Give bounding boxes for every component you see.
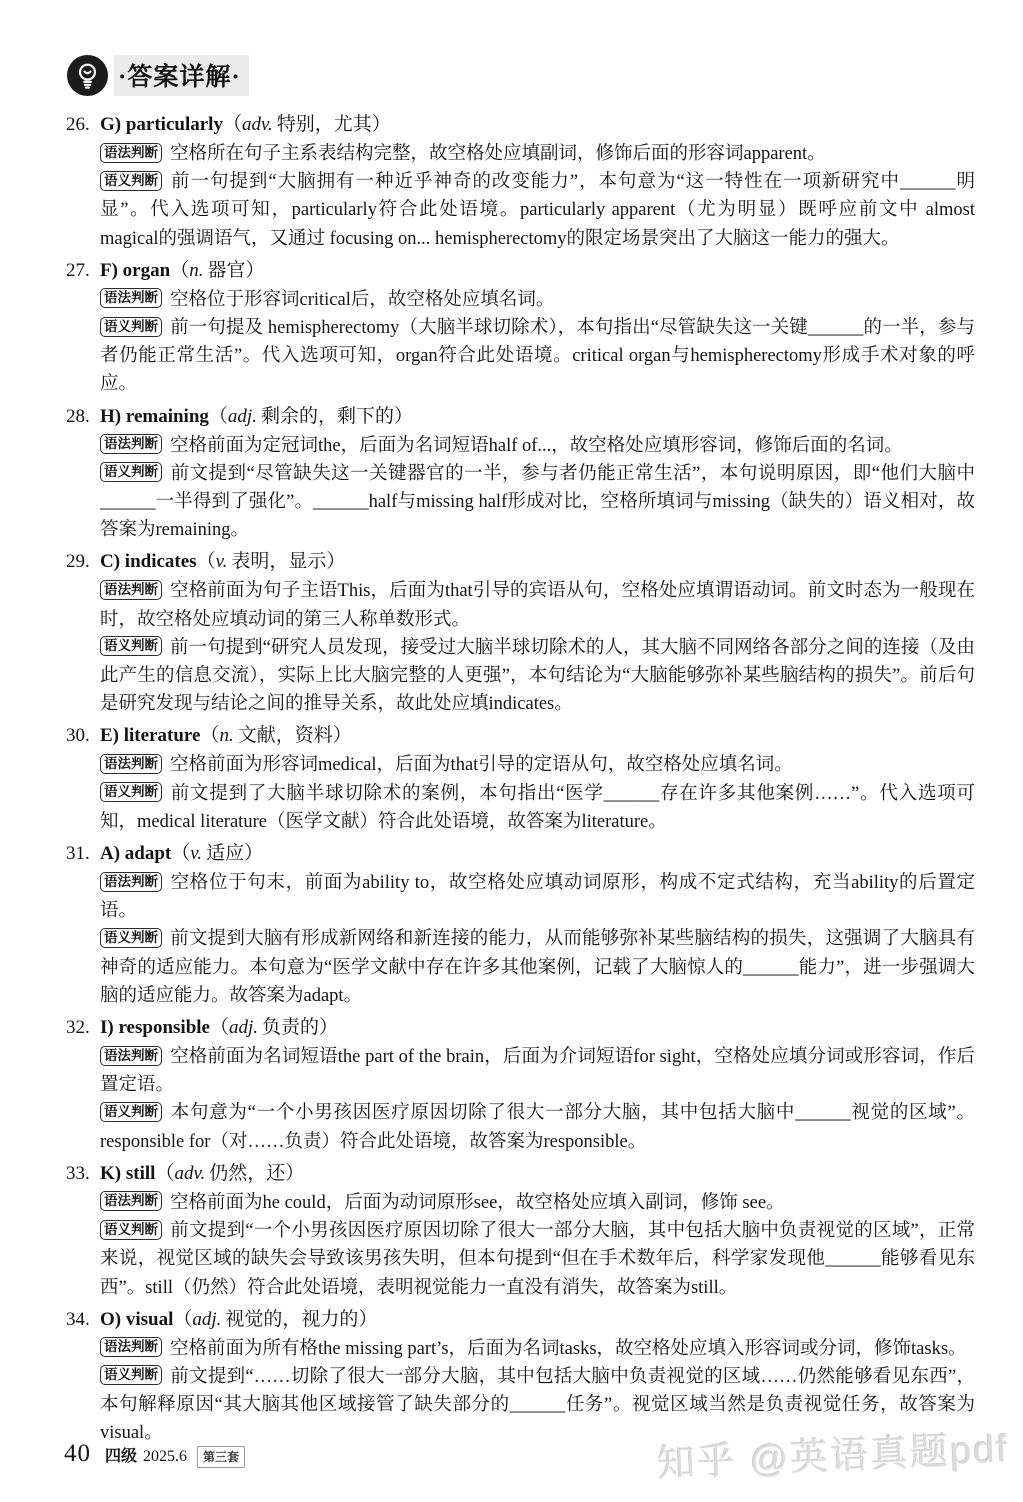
section-text: 前文提到大脑有形成新网络和新连接的能力，从而能够弥补某些脑结构的损失，这强调了大… — [100, 929, 975, 1005]
item-answer: O) visual — [100, 1309, 173, 1330]
grammar-tag: 语法判断 — [100, 288, 162, 308]
item-gloss: 文献，资料 — [238, 725, 333, 746]
section-header: ·答案详解· — [66, 54, 975, 97]
answer-item-30: 30.E) literature（n.文献，资料） 语法判断空格前面为形容词me… — [100, 720, 975, 836]
item-meta: （adv.仍然，还） — [155, 1163, 304, 1184]
lightbulb-icon — [66, 54, 109, 97]
item-number: 32. — [66, 1012, 90, 1043]
grammar-tag: 语法判断 — [100, 754, 162, 774]
grammar-section: 语法判断空格位于形容词critical后，故空格处应填名词。 — [100, 286, 975, 314]
grammar-tag: 语法判断 — [100, 580, 162, 600]
item-answer: G) particularly — [100, 114, 223, 135]
page-title: ·答案详解· — [114, 55, 249, 96]
item-heading: 34.O) visual（adj.视觉的，视力的） — [100, 1304, 975, 1335]
exam-level: 四级 — [105, 1443, 137, 1466]
semantic-section: 语义判断本句意为“一个小男孩因医疗原因切除了很大一部分大脑，其中包括大脑中___… — [100, 1099, 975, 1155]
part-of-speech: adv. — [242, 114, 273, 135]
item-answer: E) literature — [100, 725, 200, 746]
item-number: 26. — [66, 109, 90, 140]
item-heading: 32.I) responsible（adj.负责的） — [100, 1012, 975, 1043]
item-heading: 30.E) literature（n.文献，资料） — [100, 720, 975, 751]
exam-date: 2025.6 — [143, 1448, 187, 1466]
item-number: 34. — [66, 1304, 90, 1335]
grammar-tag: 语法判断 — [100, 872, 162, 892]
part-of-speech: n. — [219, 725, 233, 746]
grammar-section: 语法判断空格前面为定冠词the，后面为名词短语half of...，故空格处应填… — [100, 432, 975, 460]
part-of-speech: adj. — [192, 1309, 221, 1330]
semantic-section: 语义判断前文提到了大脑半球切除术的案例，本句指出“医学______存在许多其他案… — [100, 780, 975, 836]
section-text: 空格前面为句子主语This，后面为that引导的宾语从句，空格处应填谓语动词。前… — [100, 581, 975, 629]
grammar-tag: 语法判断 — [100, 1337, 162, 1357]
section-text: 空格前面为定冠词the，后面为名词短语half of...，故空格处应填形容词，… — [170, 436, 903, 456]
page-number: 40 — [64, 1440, 91, 1468]
answer-item-27: 27.F) organ（n.器官） 语法判断空格位于形容词critical后，故… — [100, 255, 975, 399]
item-meta: （adv.特别，尤其） — [223, 114, 391, 135]
item-heading: 33.K) still（adv.仍然，还） — [100, 1158, 975, 1189]
section-text: 前一句提到“研究人员发现，接受过大脑半球切除术的人，其大脑不同网络各部分之间的连… — [100, 638, 975, 714]
part-of-speech: n. — [189, 260, 203, 281]
grammar-section: 语法判断空格前面为名词短语the part of the brain，后面为介词… — [100, 1043, 975, 1099]
semantic-tag: 语义判断 — [100, 462, 162, 482]
section-text: 前文提到了大脑半球切除术的案例，本句指出“医学______存在许多其他案例……”… — [100, 784, 975, 832]
section-text: 前文提到“一个小男孩因医疗原因切除了很大一部分大脑，其中包括大脑中负责视觉的区域… — [100, 1221, 975, 1297]
part-of-speech: adj. — [229, 1017, 258, 1038]
semantic-tag: 语义判断 — [100, 171, 162, 191]
item-heading: 27.F) organ（n.器官） — [100, 255, 975, 286]
section-text: 空格所在句子主系表结构完整，故空格处应填副词，修饰后面的形容词apparent。 — [170, 144, 826, 164]
semantic-tag: 语义判断 — [100, 928, 162, 948]
grammar-tag: 语法判断 — [100, 143, 162, 163]
item-answer: C) indicates — [100, 551, 197, 572]
part-of-speech: v. — [216, 551, 228, 572]
item-number: 28. — [66, 401, 90, 432]
item-gloss: 负责的 — [262, 1017, 319, 1038]
semantic-section: 语义判断前文提到“尽管缺失这一关键器官的一半，参与者仍能正常生活”，本句说明原因… — [100, 460, 975, 545]
grammar-section: 语法判断空格前面为形容词medical，后面为that引导的定语从句，故空格处应… — [100, 751, 975, 779]
section-text: 前一句提及 hemispherectomy（大脑半球切除术），本句指出“尽管缺失… — [100, 318, 975, 394]
grammar-section: 语法判断空格前面为句子主语This，后面为that引导的宾语从句，空格处应填谓语… — [100, 577, 975, 633]
grammar-section: 语法判断空格前面为he could，后面为动词原形see，故空格处应填入副词，修… — [100, 1189, 975, 1217]
item-answer: I) responsible — [100, 1017, 210, 1038]
item-meta: （v.表明，显示） — [197, 551, 346, 572]
semantic-tag: 语义判断 — [100, 1102, 162, 1122]
item-meta: （adj.负责的） — [210, 1017, 338, 1038]
semantic-tag: 语义判断 — [100, 1220, 162, 1240]
item-heading: 28.H) remaining（adj.剩余的，剩下的） — [100, 401, 975, 432]
section-text: 空格前面为所有格the missing part’s，后面为名词tasks，故空… — [170, 1339, 967, 1359]
semantic-section: 语义判断前一句提到“研究人员发现，接受过大脑半球切除术的人，其大脑不同网络各部分… — [100, 634, 975, 719]
item-gloss: 特别，尤其 — [277, 114, 372, 135]
answer-item-26: 26.G) particularly（adv.特别，尤其） 语法判断空格所在句子… — [100, 109, 975, 253]
grammar-tag: 语法判断 — [100, 1191, 162, 1211]
page-footer: 40 四级 2025.6 第三套 — [64, 1440, 245, 1468]
item-gloss: 器官 — [207, 260, 245, 281]
set-badge: 第三套 — [197, 1446, 245, 1468]
grammar-section: 语法判断空格所在句子主系表结构完整，故空格处应填副词，修饰后面的形容词appar… — [100, 140, 975, 168]
section-text: 前一句提到“大脑拥有一种近乎神奇的改变能力”，本句意为“这一特性在一项新研究中_… — [100, 172, 975, 248]
answer-item-32: 32.I) responsible（adj.负责的） 语法判断空格前面为名词短语… — [100, 1012, 975, 1156]
grammar-tag: 语法判断 — [100, 1046, 162, 1066]
item-number: 27. — [66, 255, 90, 286]
item-answer: A) adapt — [100, 843, 171, 864]
item-answer: K) still — [100, 1163, 155, 1184]
semantic-tag: 语义判断 — [100, 782, 162, 802]
answer-item-28: 28.H) remaining（adj.剩余的，剩下的） 语法判断空格前面为定冠… — [100, 401, 975, 545]
semantic-section: 语义判断前一句提到“大脑拥有一种近乎神奇的改变能力”，本句意为“这一特性在一项新… — [100, 168, 975, 253]
item-answer: F) organ — [100, 260, 170, 281]
semantic-tag: 语义判断 — [100, 636, 162, 656]
item-gloss: 剩余的，剩下的 — [261, 406, 394, 427]
answer-item-31: 31.A) adapt（v.适应） 语法判断空格位于句末，前面为ability … — [100, 838, 975, 1010]
section-text: 空格前面为形容词medical，后面为that引导的定语从句，故空格处应填名词。 — [170, 755, 793, 775]
semantic-tag: 语义判断 — [100, 317, 162, 337]
document-page: ·答案详解· 26.G) particularly（adv.特别，尤其） 语法判… — [0, 0, 1023, 1448]
answer-item-33: 33.K) still（adv.仍然，还） 语法判断空格前面为he could，… — [100, 1158, 975, 1302]
semantic-tag: 语义判断 — [100, 1365, 162, 1385]
semantic-section: 语义判断前一句提及 hemispherectomy（大脑半球切除术），本句指出“… — [100, 314, 975, 399]
item-gloss: 适应 — [206, 843, 244, 864]
item-heading: 31.A) adapt（v.适应） — [100, 838, 975, 869]
item-gloss: 表明，显示 — [231, 551, 326, 572]
item-answer: H) remaining — [100, 406, 209, 427]
item-number: 30. — [66, 720, 90, 751]
item-meta: （n.文献，资料） — [200, 725, 351, 746]
semantic-section: 语义判断前文提到大脑有形成新网络和新连接的能力，从而能够弥补某些脑结构的损失，这… — [100, 925, 975, 1010]
part-of-speech: adv. — [174, 1163, 205, 1184]
item-number: 29. — [66, 546, 90, 577]
item-meta: （adj.视觉的，视力的） — [173, 1309, 377, 1330]
item-meta: （n.器官） — [170, 260, 264, 281]
item-heading: 29.C) indicates（v.表明，显示） — [100, 546, 975, 577]
item-gloss: 视觉的，视力的 — [225, 1309, 358, 1330]
answer-item-29: 29.C) indicates（v.表明，显示） 语法判断空格前面为句子主语Th… — [100, 546, 975, 718]
item-number: 31. — [66, 838, 90, 869]
grammar-tag: 语法判断 — [100, 434, 162, 454]
part-of-speech: adj. — [228, 406, 257, 427]
section-text: 空格前面为名词短语the part of the brain，后面为介词短语fo… — [100, 1047, 975, 1095]
grammar-section: 语法判断空格位于句末，前面为ability to，故空格处应填动词原形，构成不定… — [100, 869, 975, 925]
item-gloss: 仍然，还 — [209, 1163, 285, 1184]
section-text: 空格位于句末，前面为ability to，故空格处应填动词原形，构成不定式结构，… — [100, 873, 975, 921]
section-text: 前文提到“尽管缺失这一关键器官的一半，参与者仍能正常生活”，本句说明原因，即“他… — [100, 464, 975, 540]
grammar-section: 语法判断空格前面为所有格the missing part’s，后面为名词task… — [100, 1335, 975, 1363]
section-text: 本句意为“一个小男孩因医疗原因切除了很大一部分大脑，其中包括大脑中______视… — [100, 1103, 975, 1151]
item-meta: （v.适应） — [171, 843, 263, 864]
item-number: 33. — [66, 1158, 90, 1189]
section-text: 空格位于形容词critical后，故空格处应填名词。 — [170, 290, 554, 310]
section-text: 空格前面为he could，后面为动词原形see，故空格处应填入副词，修饰 se… — [170, 1193, 785, 1213]
item-meta: （adj.剩余的，剩下的） — [209, 406, 413, 427]
semantic-section: 语义判断前文提到“一个小男孩因医疗原因切除了很大一部分大脑，其中包括大脑中负责视… — [100, 1217, 975, 1302]
part-of-speech: v. — [190, 843, 202, 864]
item-heading: 26.G) particularly（adv.特别，尤其） — [100, 109, 975, 140]
